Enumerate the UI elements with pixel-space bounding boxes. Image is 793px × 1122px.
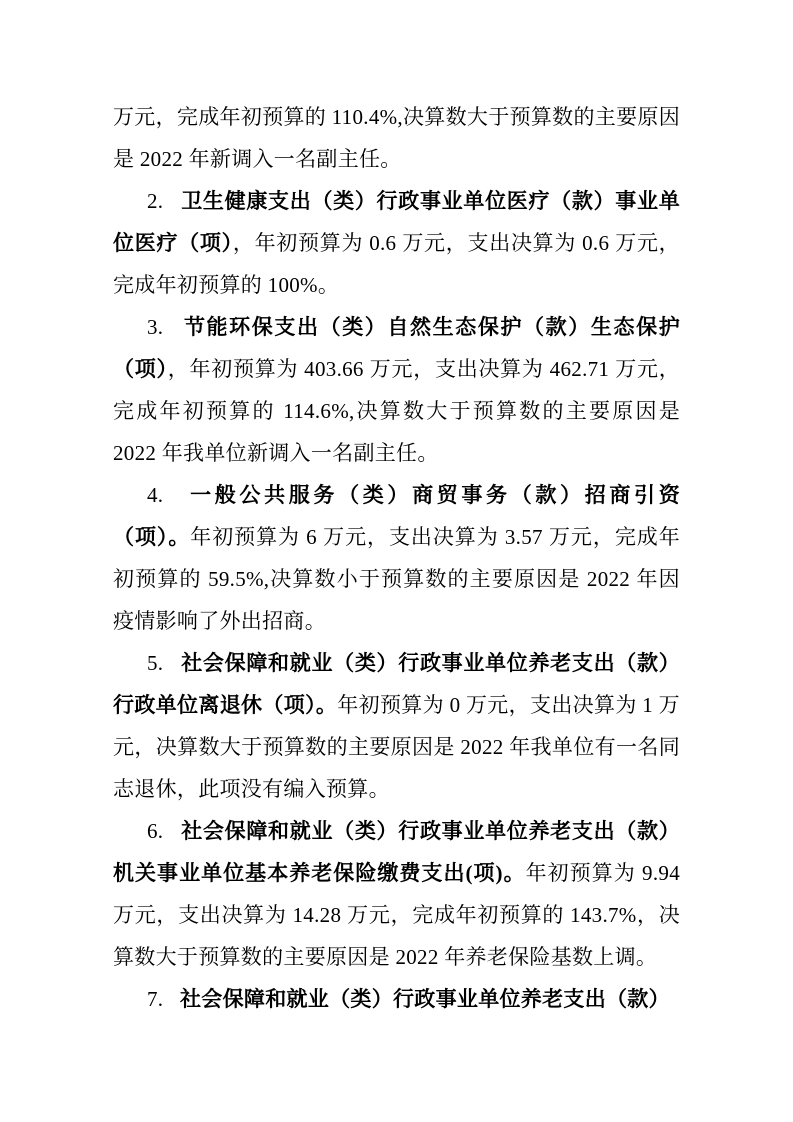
paragraph-3: 3. 节能环保支出（类）自然生态保护（款）生态保护（项），年初预算为 403.6… bbox=[113, 306, 680, 474]
paragraph-1: 万元，完成年初预算的 110.4%,决算数大于预算数的主要原因是 2022 年新… bbox=[113, 96, 680, 180]
paragraph-4: 4. 一般公共服务（类）商贸事务（款）招商引资（项）。年初预算为 6 万元，支出… bbox=[113, 474, 680, 642]
item-number-run: 2. bbox=[147, 189, 181, 213]
text-content: 万元，完成年初预算的 110.4%,决算数大于预算数的主要原因是 2022 年新… bbox=[113, 96, 680, 1020]
body-text-run: 万元，完成年初预算的 110.4%,决算数大于预算数的主要原因是 2022 年新… bbox=[113, 105, 680, 171]
paragraph-6: 6. 社会保障和就业（类）行政事业单位养老支出（款）机关事业单位基本养老保险缴费… bbox=[113, 810, 680, 978]
item-number-run: 6. bbox=[147, 819, 181, 843]
body-text-run: ，年初预算为 403.66 万元，支出决算为 462.71 万元，完成年初预算的… bbox=[113, 357, 680, 465]
paragraph-2: 2. 卫生健康支出（类）行政事业单位医疗（款）事业单位医疗（项），年初预算为 0… bbox=[113, 180, 680, 306]
paragraph-5: 5. 社会保障和就业（类）行政事业单位养老支出（款）行政单位离退休（项）。年初预… bbox=[113, 642, 680, 810]
item-title-run: 社会保障和就业（类）行政事业单位养老支出（款） bbox=[180, 987, 670, 1011]
document-page: 万元，完成年初预算的 110.4%,决算数大于预算数的主要原因是 2022 年新… bbox=[0, 0, 793, 1122]
body-text-run: 年初预算为 6 万元，支出决算为 3.57 万元，完成年初预算的 59.5%,决… bbox=[113, 525, 680, 633]
item-number-run: 3. bbox=[147, 315, 184, 339]
paragraph-7: 7. 社会保障和就业（类）行政事业单位养老支出（款） bbox=[113, 978, 680, 1020]
item-number-run: 5. bbox=[147, 651, 181, 675]
item-number-run: 4. bbox=[147, 483, 190, 507]
item-number-run: 7. bbox=[147, 987, 180, 1011]
